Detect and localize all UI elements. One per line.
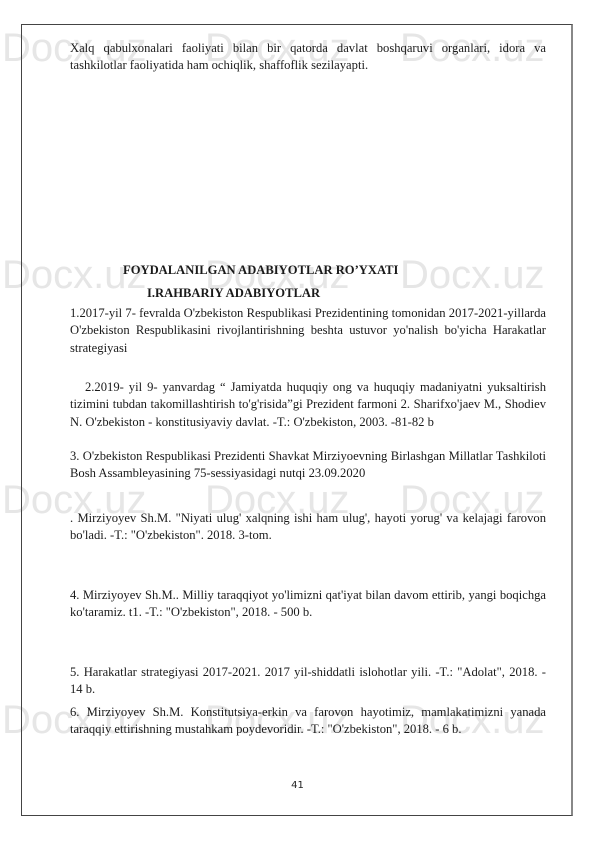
reference-item: . Mirziyoyev Sh.M. "Niyati ulug' xalqnin… — [70, 510, 546, 545]
reference-item: 4. Mirziyoyev Sh.M.. Milliy taraqqiyot y… — [70, 587, 546, 622]
reference-item: 1.2017-yil 7- fevralda O'zbekiston Respu… — [70, 305, 546, 357]
page-number: 41 — [0, 780, 595, 791]
reference-item: 5. Harakatlar strategiyasi 2017-2021. 20… — [70, 664, 546, 699]
section-title: FOYDALANILGAN ADABIYOTLAR RO’YXATI — [123, 262, 398, 278]
reference-item: 2.2019- yil 9- yanvardag “ Jamiyatda huq… — [70, 379, 546, 431]
subsection-title: I.RAHBARIY ADABIYOTLAR — [147, 285, 320, 301]
intro-paragraph: Xalq qabulxonalari faoliyati bilan bir q… — [70, 40, 546, 75]
reference-item: 6. Mirziyoyev Sh.M. Konstitutsiya-erkin … — [70, 704, 546, 739]
reference-item: 3. O'zbekiston Respublikasi Prezidenti S… — [70, 448, 546, 483]
